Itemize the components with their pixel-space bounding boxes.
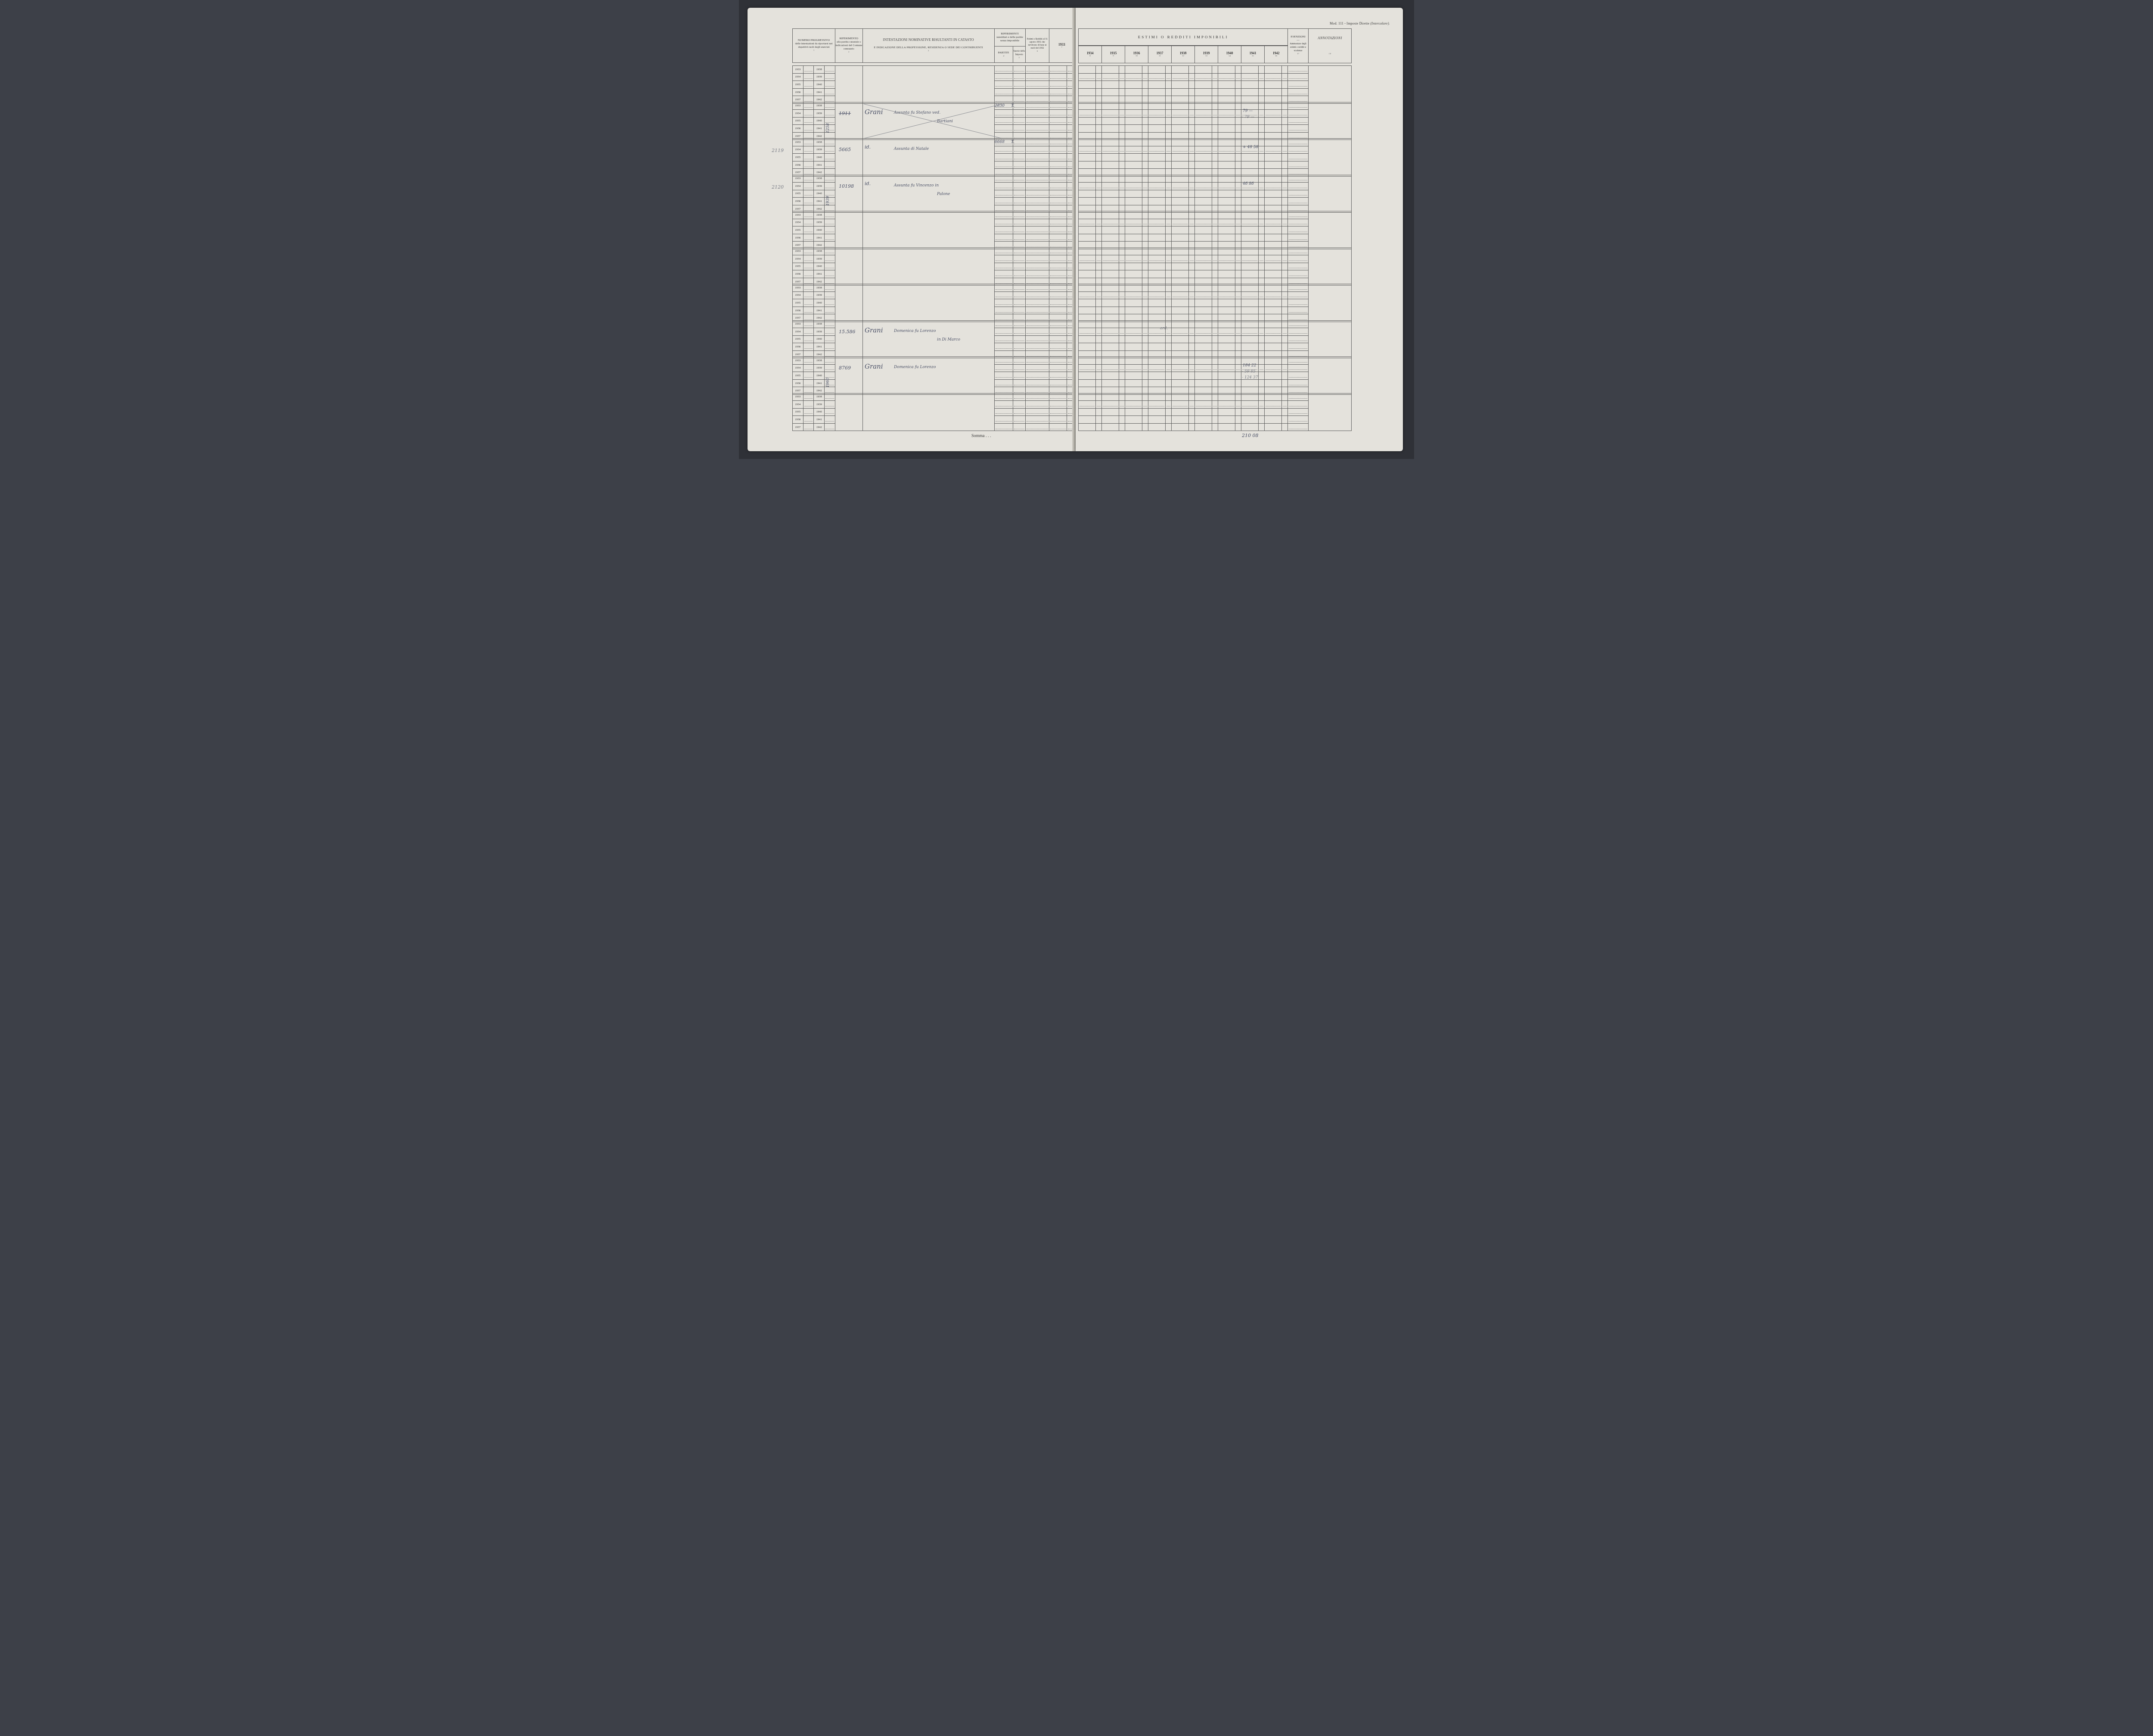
amount-cell[interactable]: [1049, 183, 1067, 190]
amount-cell[interactable]: [1235, 219, 1241, 226]
amount-cell[interactable]: [1235, 320, 1241, 328]
amount-cell[interactable]: [1119, 255, 1125, 263]
amount-cell[interactable]: [994, 328, 1013, 336]
amount-cell[interactable]: [1172, 307, 1189, 314]
amount-cell[interactable]: [1189, 219, 1195, 226]
amount-cell[interactable]: [1013, 81, 1025, 89]
amount-cell[interactable]: [1125, 154, 1142, 161]
amount-cell[interactable]: [1235, 335, 1241, 343]
intestazione-cell[interactable]: [862, 175, 994, 213]
amount-cell[interactable]: [1148, 183, 1166, 190]
amount-cell[interactable]: [1049, 320, 1067, 328]
esenzioni-cell[interactable]: [1288, 234, 1309, 242]
amount-cell[interactable]: [1212, 234, 1218, 242]
amount-cell[interactable]: [1096, 393, 1102, 401]
esenzioni-cell[interactable]: [1288, 255, 1309, 263]
amount-cell[interactable]: [1235, 73, 1241, 81]
amount-cell[interactable]: [1212, 88, 1218, 96]
amount-cell[interactable]: [1265, 416, 1282, 424]
amount-cell[interactable]: [1119, 139, 1125, 146]
amount-cell[interactable]: [1282, 357, 1288, 365]
amount-cell[interactable]: [1148, 270, 1166, 278]
amount-cell[interactable]: [1079, 335, 1096, 343]
amount-cell[interactable]: [1189, 88, 1195, 96]
amount-cell[interactable]: [1166, 372, 1172, 380]
amount-cell[interactable]: [994, 125, 1013, 133]
amount-cell[interactable]: [1102, 110, 1119, 118]
amount-cell[interactable]: [1282, 320, 1288, 328]
amount-cell[interactable]: [1148, 161, 1166, 169]
amount-cell[interactable]: [1282, 175, 1288, 183]
amount-cell[interactable]: [1013, 146, 1025, 154]
amount-cell[interactable]: [1241, 335, 1259, 343]
amount-cell[interactable]: [1079, 372, 1096, 380]
amount-cell[interactable]: [1195, 401, 1212, 409]
esenzioni-cell[interactable]: [1288, 320, 1309, 328]
amount-cell[interactable]: [1166, 219, 1172, 226]
amount-cell[interactable]: [1125, 364, 1142, 372]
amount-cell[interactable]: [1119, 73, 1125, 81]
amount-cell[interactable]: [1166, 364, 1172, 372]
amount-cell[interactable]: [1241, 161, 1259, 169]
amount-cell[interactable]: [1212, 81, 1218, 89]
amount-cell[interactable]: [1125, 379, 1142, 387]
amount-cell[interactable]: [1013, 66, 1025, 74]
amount-cell[interactable]: [1265, 73, 1282, 81]
amount-cell[interactable]: [1259, 161, 1265, 169]
amount-cell[interactable]: [1025, 379, 1049, 387]
amount-cell[interactable]: [1148, 73, 1166, 81]
amount-cell[interactable]: [1212, 291, 1218, 299]
riferimento-cell[interactable]: [835, 284, 862, 322]
annotazioni-cell[interactable]: [1309, 66, 1352, 104]
amount-cell[interactable]: [1265, 81, 1282, 89]
amount-cell[interactable]: [1235, 270, 1241, 278]
amount-cell[interactable]: [1142, 284, 1148, 292]
amount-cell[interactable]: [1218, 284, 1235, 292]
amount-cell[interactable]: [994, 284, 1013, 292]
amount-cell[interactable]: [1025, 335, 1049, 343]
amount-cell[interactable]: [1119, 161, 1125, 169]
amount-cell[interactable]: [1212, 73, 1218, 81]
amount-cell[interactable]: [1013, 211, 1025, 219]
amount-cell[interactable]: [1013, 154, 1025, 161]
amount-cell[interactable]: [1195, 320, 1212, 328]
amount-cell[interactable]: [1195, 117, 1212, 125]
amount-cell[interactable]: [1142, 401, 1148, 409]
amount-cell[interactable]: [1102, 66, 1119, 74]
amount-cell[interactable]: [1195, 211, 1212, 219]
amount-cell[interactable]: [1282, 393, 1288, 401]
amount-cell[interactable]: [1282, 379, 1288, 387]
amount-cell[interactable]: [1166, 183, 1172, 190]
amount-cell[interactable]: [1218, 343, 1235, 351]
amount-cell[interactable]: [1282, 154, 1288, 161]
amount-cell[interactable]: [1049, 226, 1067, 234]
amount-cell[interactable]: [1142, 88, 1148, 96]
amount-cell[interactable]: [1049, 110, 1067, 118]
amount-cell[interactable]: [1212, 320, 1218, 328]
amount-cell[interactable]: [1102, 335, 1119, 343]
amount-cell[interactable]: [1282, 161, 1288, 169]
amount-cell[interactable]: [994, 110, 1013, 118]
amount-cell[interactable]: [1142, 364, 1148, 372]
amount-cell[interactable]: [1079, 364, 1096, 372]
amount-cell[interactable]: [1079, 161, 1096, 169]
amount-cell[interactable]: [1142, 219, 1148, 226]
amount-cell[interactable]: [1049, 219, 1067, 226]
amount-cell[interactable]: [1096, 364, 1102, 372]
amount-cell[interactable]: [994, 88, 1013, 96]
amount-cell[interactable]: [1195, 198, 1212, 205]
amount-cell[interactable]: [1119, 110, 1125, 118]
amount-cell[interactable]: [1189, 372, 1195, 380]
esenzioni-cell[interactable]: [1288, 379, 1309, 387]
amount-cell[interactable]: [1218, 139, 1235, 146]
amount-cell[interactable]: [1025, 73, 1049, 81]
esenzioni-cell[interactable]: [1288, 401, 1309, 409]
amount-cell[interactable]: [1195, 154, 1212, 161]
amount-cell[interactable]: [1235, 226, 1241, 234]
amount-cell[interactable]: [1259, 146, 1265, 154]
amount-cell[interactable]: [1265, 125, 1282, 133]
amount-cell[interactable]: [1096, 401, 1102, 409]
amount-cell[interactable]: [1189, 146, 1195, 154]
amount-cell[interactable]: [1013, 110, 1025, 118]
amount-cell[interactable]: [1142, 255, 1148, 263]
amount-cell[interactable]: [1125, 139, 1142, 146]
amount-cell[interactable]: [994, 291, 1013, 299]
amount-cell[interactable]: [1265, 328, 1282, 336]
amount-cell[interactable]: [1172, 364, 1189, 372]
amount-cell[interactable]: [1166, 161, 1172, 169]
amount-cell[interactable]: [1148, 263, 1166, 270]
esenzioni-cell[interactable]: [1288, 175, 1309, 183]
amount-cell[interactable]: [1025, 66, 1049, 74]
intestazione-cell[interactable]: [862, 248, 994, 285]
amount-cell[interactable]: [1096, 307, 1102, 314]
amount-cell[interactable]: [1189, 226, 1195, 234]
amount-cell[interactable]: [1195, 379, 1212, 387]
amount-cell[interactable]: [1013, 234, 1025, 242]
amount-cell[interactable]: [1241, 234, 1259, 242]
amount-cell[interactable]: [1235, 154, 1241, 161]
amount-cell[interactable]: [1265, 372, 1282, 380]
amount-cell[interactable]: [1265, 307, 1282, 314]
amount-cell[interactable]: [1195, 284, 1212, 292]
amount-cell[interactable]: [1119, 125, 1125, 133]
amount-cell[interactable]: [1142, 328, 1148, 336]
amount-cell[interactable]: [1259, 125, 1265, 133]
amount-cell[interactable]: [1189, 408, 1195, 416]
amount-cell[interactable]: [1013, 248, 1025, 255]
amount-cell[interactable]: [1079, 73, 1096, 81]
amount-cell[interactable]: [1125, 73, 1142, 81]
amount-cell[interactable]: [1142, 226, 1148, 234]
amount-cell[interactable]: [1212, 284, 1218, 292]
amount-cell[interactable]: [1235, 416, 1241, 424]
amount-cell[interactable]: [1049, 372, 1067, 380]
amount-cell[interactable]: [1148, 372, 1166, 380]
amount-cell[interactable]: [1265, 255, 1282, 263]
amount-cell[interactable]: [1096, 248, 1102, 255]
esenzioni-cell[interactable]: [1288, 110, 1309, 118]
amount-cell[interactable]: [1125, 263, 1142, 270]
esenzioni-cell[interactable]: [1288, 125, 1309, 133]
riferimento-cell[interactable]: [835, 357, 862, 395]
amount-cell[interactable]: [1212, 372, 1218, 380]
esenzioni-cell[interactable]: [1288, 146, 1309, 154]
amount-cell[interactable]: [1148, 416, 1166, 424]
amount-cell[interactable]: [1235, 66, 1241, 74]
amount-cell[interactable]: [1172, 416, 1189, 424]
amount-cell[interactable]: [1013, 226, 1025, 234]
amount-cell[interactable]: [1079, 393, 1096, 401]
amount-cell[interactable]: [1119, 146, 1125, 154]
amount-cell[interactable]: [1148, 408, 1166, 416]
amount-cell[interactable]: [1172, 102, 1189, 110]
amount-cell[interactable]: [1119, 226, 1125, 234]
amount-cell[interactable]: [1125, 175, 1142, 183]
amount-cell[interactable]: [1125, 328, 1142, 336]
amount-cell[interactable]: [1049, 146, 1067, 154]
amount-cell[interactable]: [1235, 343, 1241, 351]
amount-cell[interactable]: [1142, 307, 1148, 314]
amount-cell[interactable]: [1079, 190, 1096, 198]
amount-cell[interactable]: [1049, 234, 1067, 242]
amount-cell[interactable]: [1079, 154, 1096, 161]
amount-cell[interactable]: [1189, 198, 1195, 205]
amount-cell[interactable]: [1079, 183, 1096, 190]
amount-cell[interactable]: [1235, 102, 1241, 110]
amount-cell[interactable]: [1235, 81, 1241, 89]
amount-cell[interactable]: [1102, 307, 1119, 314]
riferimento-cell[interactable]: [835, 139, 862, 177]
amount-cell[interactable]: [1259, 255, 1265, 263]
amount-cell[interactable]: [1259, 372, 1265, 380]
amount-cell[interactable]: [1096, 291, 1102, 299]
amount-cell[interactable]: [1166, 81, 1172, 89]
amount-cell[interactable]: [1096, 320, 1102, 328]
amount-cell[interactable]: [1189, 117, 1195, 125]
amount-cell[interactable]: [1195, 161, 1212, 169]
amount-cell[interactable]: [1079, 219, 1096, 226]
amount-cell[interactable]: [1172, 291, 1189, 299]
amount-cell[interactable]: [1265, 299, 1282, 307]
amount-cell[interactable]: [1235, 198, 1241, 205]
amount-cell[interactable]: [1218, 211, 1235, 219]
amount-cell[interactable]: [1265, 175, 1282, 183]
intestazione-cell[interactable]: [862, 139, 994, 177]
amount-cell[interactable]: [1142, 198, 1148, 205]
amount-cell[interactable]: [1148, 401, 1166, 409]
amount-cell[interactable]: [1218, 146, 1235, 154]
amount-cell[interactable]: [1259, 175, 1265, 183]
amount-cell[interactable]: [1166, 343, 1172, 351]
amount-cell[interactable]: [1049, 328, 1067, 336]
amount-cell[interactable]: [1148, 198, 1166, 205]
amount-cell[interactable]: [1259, 335, 1265, 343]
amount-cell[interactable]: [1096, 139, 1102, 146]
amount-cell[interactable]: [1241, 379, 1259, 387]
amount-cell[interactable]: [1235, 357, 1241, 365]
amount-cell[interactable]: [1049, 73, 1067, 81]
amount-cell[interactable]: [1119, 299, 1125, 307]
amount-cell[interactable]: [1212, 255, 1218, 263]
amount-cell[interactable]: [1049, 270, 1067, 278]
amount-cell[interactable]: [1172, 343, 1189, 351]
amount-cell[interactable]: [1259, 408, 1265, 416]
riferimento-cell[interactable]: [835, 320, 862, 358]
amount-cell[interactable]: [1096, 234, 1102, 242]
amount-cell[interactable]: [1241, 263, 1259, 270]
amount-cell[interactable]: [1079, 291, 1096, 299]
amount-cell[interactable]: [1195, 255, 1212, 263]
amount-cell[interactable]: [1282, 284, 1288, 292]
amount-cell[interactable]: [1212, 263, 1218, 270]
amount-cell[interactable]: [1148, 284, 1166, 292]
esenzioni-cell[interactable]: [1288, 190, 1309, 198]
amount-cell[interactable]: [994, 190, 1013, 198]
amount-cell[interactable]: [1049, 154, 1067, 161]
amount-cell[interactable]: [1235, 183, 1241, 190]
amount-cell[interactable]: [1195, 372, 1212, 380]
amount-cell[interactable]: [1265, 364, 1282, 372]
amount-cell[interactable]: [1265, 234, 1282, 242]
amount-cell[interactable]: [1119, 328, 1125, 336]
amount-cell[interactable]: [1172, 73, 1189, 81]
amount-cell[interactable]: [1102, 263, 1119, 270]
amount-cell[interactable]: [1025, 423, 1049, 431]
esenzioni-cell[interactable]: [1288, 211, 1309, 219]
amount-cell[interactable]: [1096, 110, 1102, 118]
amount-cell[interactable]: [1218, 66, 1235, 74]
annotazioni-cell[interactable]: [1309, 393, 1352, 431]
amount-cell[interactable]: [1241, 81, 1259, 89]
amount-cell[interactable]: [1102, 270, 1119, 278]
amount-cell[interactable]: [1241, 416, 1259, 424]
amount-cell[interactable]: [1119, 263, 1125, 270]
amount-cell[interactable]: [1195, 248, 1212, 255]
amount-cell[interactable]: [1172, 66, 1189, 74]
amount-cell[interactable]: [1102, 226, 1119, 234]
amount-cell[interactable]: [1102, 248, 1119, 255]
amount-cell[interactable]: [1166, 423, 1172, 431]
esenzioni-cell[interactable]: [1288, 161, 1309, 169]
amount-cell[interactable]: [1218, 175, 1235, 183]
amount-cell[interactable]: [1241, 211, 1259, 219]
amount-cell[interactable]: [1142, 423, 1148, 431]
amount-cell[interactable]: [1282, 110, 1288, 118]
amount-cell[interactable]: [1125, 226, 1142, 234]
amount-cell[interactable]: [1195, 183, 1212, 190]
amount-cell[interactable]: [1218, 401, 1235, 409]
amount-cell[interactable]: [1265, 263, 1282, 270]
amount-cell[interactable]: [1148, 110, 1166, 118]
amount-cell[interactable]: [1195, 125, 1212, 133]
amount-cell[interactable]: [1079, 343, 1096, 351]
amount-cell[interactable]: [1125, 270, 1142, 278]
esenzioni-cell[interactable]: [1288, 328, 1309, 336]
amount-cell[interactable]: [1166, 357, 1172, 365]
amount-cell[interactable]: [1265, 320, 1282, 328]
amount-cell[interactable]: [1119, 408, 1125, 416]
amount-cell[interactable]: [1172, 211, 1189, 219]
amount-cell[interactable]: [1282, 401, 1288, 409]
amount-cell[interactable]: [1218, 372, 1235, 380]
amount-cell[interactable]: [1189, 263, 1195, 270]
amount-cell[interactable]: [1189, 183, 1195, 190]
amount-cell[interactable]: [1102, 408, 1119, 416]
amount-cell[interactable]: [1049, 161, 1067, 169]
amount-cell[interactable]: [1189, 211, 1195, 219]
amount-cell[interactable]: [1241, 320, 1259, 328]
amount-cell[interactable]: [994, 263, 1013, 270]
intestazione-cell[interactable]: [862, 66, 994, 104]
amount-cell[interactable]: [1265, 270, 1282, 278]
amount-cell[interactable]: [1259, 357, 1265, 365]
amount-cell[interactable]: [1212, 139, 1218, 146]
amount-cell[interactable]: [1079, 248, 1096, 255]
amount-cell[interactable]: [1189, 299, 1195, 307]
amount-cell[interactable]: [1189, 161, 1195, 169]
amount-cell[interactable]: [1195, 81, 1212, 89]
amount-cell[interactable]: [1265, 393, 1282, 401]
amount-cell[interactable]: [994, 198, 1013, 205]
amount-cell[interactable]: [1025, 198, 1049, 205]
amount-cell[interactable]: [1259, 139, 1265, 146]
amount-cell[interactable]: [1172, 401, 1189, 409]
amount-cell[interactable]: [1265, 423, 1282, 431]
annotazioni-cell[interactable]: [1309, 284, 1352, 322]
amount-cell[interactable]: [1142, 66, 1148, 74]
esenzioni-cell[interactable]: [1288, 263, 1309, 270]
amount-cell[interactable]: [1025, 248, 1049, 255]
amount-cell[interactable]: [1102, 328, 1119, 336]
amount-cell[interactable]: [1096, 125, 1102, 133]
amount-cell[interactable]: [1025, 146, 1049, 154]
amount-cell[interactable]: [1166, 234, 1172, 242]
amount-cell[interactable]: [1049, 307, 1067, 314]
amount-cell[interactable]: [1241, 393, 1259, 401]
amount-cell[interactable]: [1079, 307, 1096, 314]
amount-cell[interactable]: [994, 219, 1013, 226]
amount-cell[interactable]: [1079, 423, 1096, 431]
amount-cell[interactable]: [994, 299, 1013, 307]
amount-cell[interactable]: [1166, 248, 1172, 255]
amount-cell[interactable]: [1259, 364, 1265, 372]
amount-cell[interactable]: [1172, 335, 1189, 343]
amount-cell[interactable]: [1148, 357, 1166, 365]
amount-cell[interactable]: [1049, 379, 1067, 387]
amount-cell[interactable]: [1096, 219, 1102, 226]
amount-cell[interactable]: [1142, 183, 1148, 190]
amount-cell[interactable]: [1259, 211, 1265, 219]
amount-cell[interactable]: [1049, 248, 1067, 255]
amount-cell[interactable]: [1195, 175, 1212, 183]
amount-cell[interactable]: [1096, 183, 1102, 190]
amount-cell[interactable]: [1259, 379, 1265, 387]
amount-cell[interactable]: [1025, 211, 1049, 219]
amount-cell[interactable]: [1096, 357, 1102, 365]
amount-cell[interactable]: [1119, 372, 1125, 380]
amount-cell[interactable]: [1142, 343, 1148, 351]
amount-cell[interactable]: [1195, 102, 1212, 110]
amount-cell[interactable]: [1212, 219, 1218, 226]
amount-cell[interactable]: [1013, 284, 1025, 292]
amount-cell[interactable]: [1119, 320, 1125, 328]
amount-cell[interactable]: [1265, 284, 1282, 292]
